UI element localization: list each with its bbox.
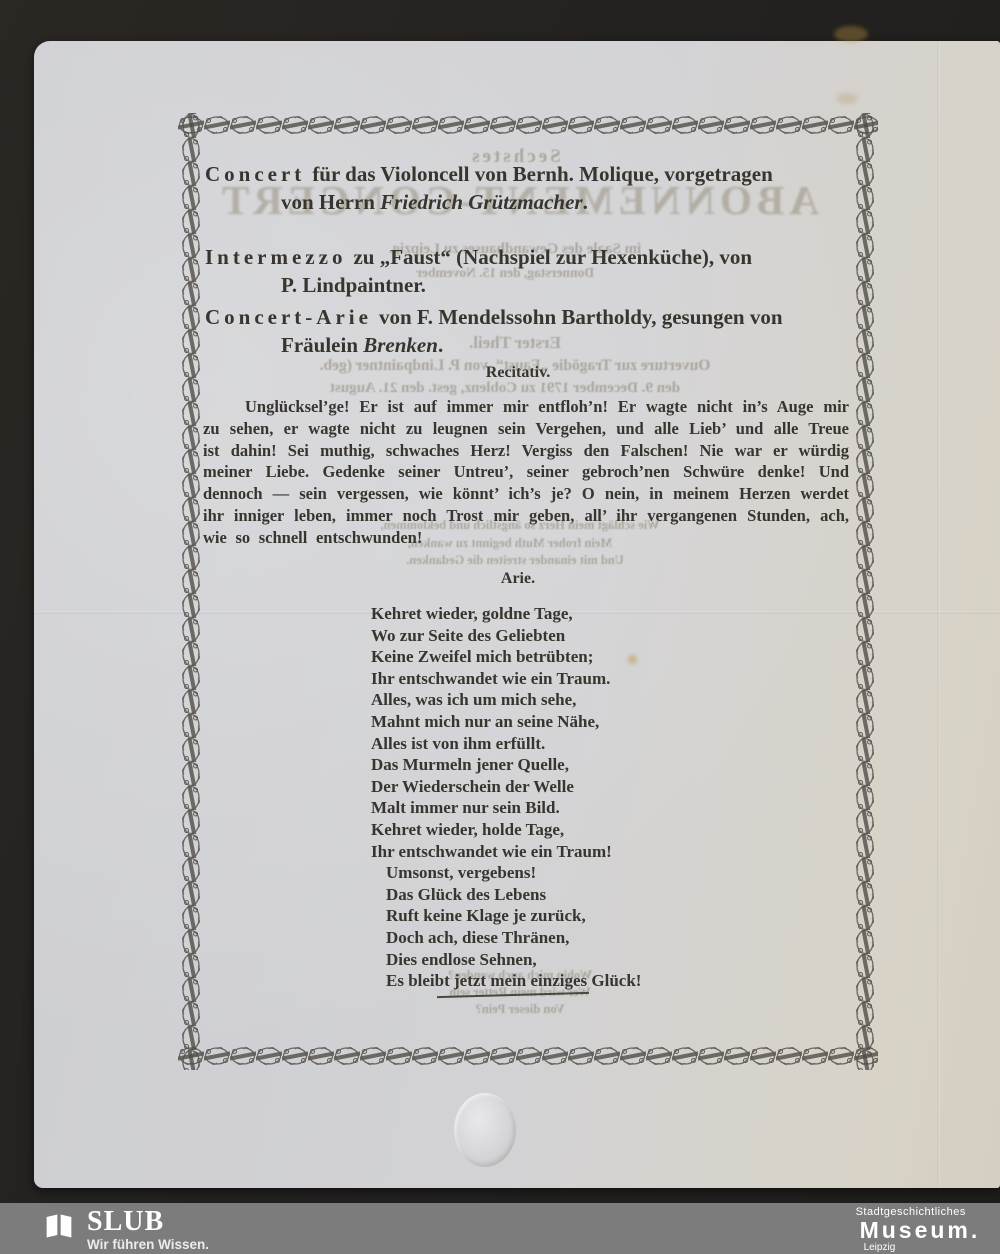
paper-stain (834, 26, 868, 42)
poem-line: Alles ist von ihm erfüllt. (371, 733, 791, 755)
blind-embossed-stamp (454, 1093, 516, 1167)
poem-line: Es bleibt jetzt mein einziges Glück! (371, 970, 791, 992)
recitativ-title: Recitativ. (195, 364, 841, 382)
museum-logo: Stadtgeschichtliches Museum. Leipzig ✓Ze… (834, 1207, 990, 1254)
poem-line: Wo zur Seite des Geliebten (371, 625, 791, 647)
poem-line: Das Murmeln jener Quelle, (371, 754, 791, 776)
heading-line: Concert-Arievon F. Mendelssohn Bartholdy… (205, 303, 853, 331)
poem-line: Mahnt mich nur an seine Nähe, (371, 711, 791, 733)
aria-poem: Kehret wieder, goldne Tage, Wo zur Seite… (371, 603, 791, 992)
slub-tagline: Wir führen Wissen. (87, 1237, 209, 1252)
singer-name: Brenken (363, 333, 438, 357)
poem-line: Ihr entschwandet wie ein Traum! (371, 841, 791, 863)
poem-line: Kehret wieder, goldne Tage, (371, 603, 791, 625)
poem-line: Das Glück des Lebens (371, 884, 791, 906)
poem-line: Ihr entschwandet wie ein Traum. (371, 668, 791, 690)
poem-line: Doch ach, diese Thränen, (371, 927, 791, 949)
arie-title: Arie. (195, 570, 841, 588)
poem-line: Alles, was ich um mich sehe, (371, 689, 791, 711)
vertical-fold-crease (937, 41, 940, 1188)
poem-line: Umsonst, vergebens! (371, 862, 791, 884)
heading-lead-word: Concert (205, 162, 305, 186)
bleedthrough-ouverture-line2: den 9. December 1791 zu Coblenz, gest. d… (200, 380, 810, 397)
program-heading-concert-arie: Concert-Arievon F. Mendelssohn Bartholdy… (205, 303, 853, 359)
poem-line: Malt immer nur sein Bild. (371, 797, 791, 819)
heading-line: Concertfür das Violoncell von Bernh. Mol… (205, 160, 853, 188)
ornamental-border-left (178, 113, 204, 1070)
slub-name: SLUB (87, 1209, 209, 1235)
heading-line: P. Lindpaintner. (205, 271, 853, 299)
footer-branding-bar: SLUB Wir führen Wissen. Stadtgeschichtli… (0, 1203, 1000, 1254)
program-heading-violoncell: Concertfür das Violoncell von Bernh. Mol… (205, 160, 853, 216)
poem-line: Kehret wieder, holde Tage, (371, 819, 791, 841)
heading-line: Intermezzozu „Faust“ (Nachspiel zur Hexe… (205, 243, 853, 271)
heading-line: Fräulein Brenken. (205, 331, 853, 359)
museum-name: Museum. (834, 1219, 990, 1242)
paper-stain (836, 93, 858, 104)
ornamental-border-top (178, 113, 878, 139)
poem-line: Ruft keine Klage je zurück, (371, 905, 791, 927)
bleedthrough-aria-line: Und mit einander streiten die Gedanken. (290, 553, 740, 568)
heading-line: von Herrn Friedrich Grützmacher. (205, 188, 853, 216)
slub-book-icon (45, 1211, 73, 1241)
poem-line: Dies endlose Sehnen, (371, 949, 791, 971)
heading-lead-word: Concert-Arie (205, 305, 372, 329)
bleedthrough-aria-line: Von dieser Pein? (330, 1002, 710, 1017)
ornamental-border-bottom (178, 1044, 878, 1070)
program-heading-intermezzo: Intermezzozu „Faust“ (Nachspiel zur Hexe… (205, 243, 853, 299)
heading-lead-word: Intermezzo (205, 245, 346, 269)
museum-city: Leipzig (834, 1243, 990, 1253)
performer-name: Friedrich Grützmacher (380, 190, 582, 214)
slub-logo: SLUB Wir führen Wissen. (45, 1209, 209, 1252)
poem-line: Keine Zweifel mich betrübten; (371, 646, 791, 668)
ornamental-border-right (852, 113, 878, 1070)
scan-viewer: Sechstes ABONNEMENT-CONCERT im Saale des… (0, 0, 1000, 1254)
slub-wordmark: SLUB Wir führen Wissen. (87, 1209, 209, 1252)
recitativ-text: Unglücksel’ge! Er ist auf immer mir entf… (203, 396, 849, 549)
poem-line: Der Wiederschein der Welle (371, 776, 791, 798)
